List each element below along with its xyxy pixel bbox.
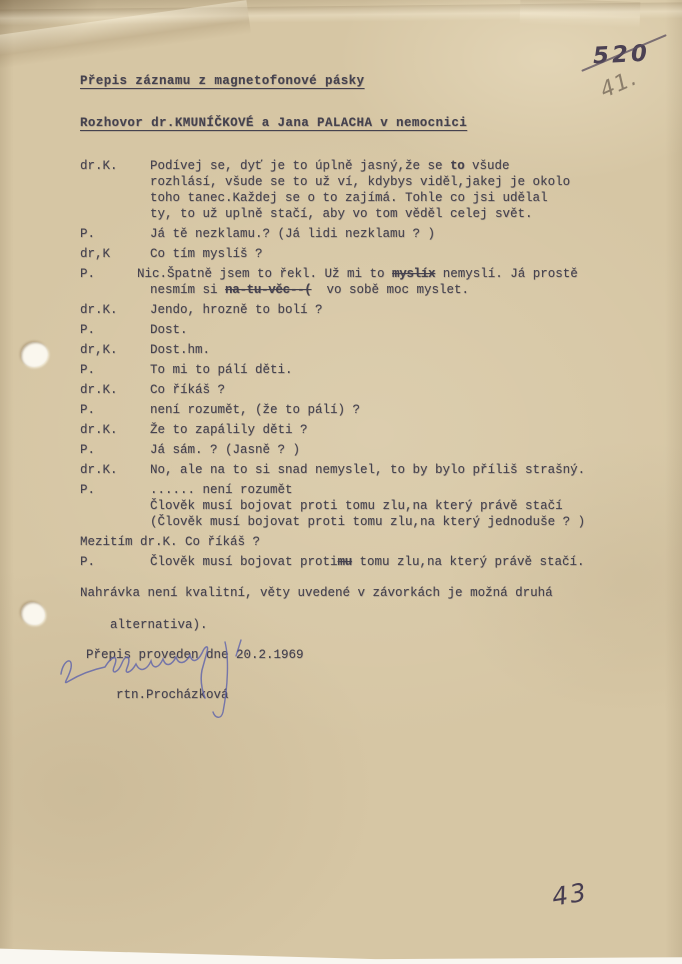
speaker-label: dr,K. bbox=[80, 342, 150, 358]
typed-text: Dost.hm. bbox=[150, 343, 210, 357]
typed-text: Mezitím dr.K. Co říkáš ? bbox=[80, 535, 260, 549]
scanned-typewritten-page: { "document": { "title": "Přepis záznamu… bbox=[0, 0, 682, 964]
typed-text: všude bbox=[464, 159, 509, 173]
dialogue-line: rozhlásí, všude se to už ví, kdybys vidě… bbox=[150, 174, 655, 190]
dialogue-line: Člověk musí bojovat protimu tomu zlu,na … bbox=[150, 554, 655, 570]
dialogue-entry: dr,K.Dost.hm. bbox=[80, 342, 655, 358]
typed-text: nemyslí. Já prostě bbox=[435, 267, 578, 281]
dialogue-line: (Člověk musí bojovat proti tomu zlu,na k… bbox=[150, 514, 655, 530]
dialogue-line: Člověk musí bojovat proti tomu zlu,na kt… bbox=[150, 498, 655, 514]
dialogue-line: Že to zapálily děti ? bbox=[150, 422, 655, 438]
speaker-label: P. bbox=[80, 402, 150, 418]
speaker-label: dr,K bbox=[80, 246, 150, 262]
handwritten-page-number: 43 bbox=[550, 877, 590, 911]
typed-text: toho tanec.Každej se o to zajímá. Tohle … bbox=[150, 191, 548, 205]
speaker-label: P. bbox=[80, 442, 150, 458]
typed-text: ty, to už uplně stačí, aby vo tom věděl … bbox=[150, 207, 533, 221]
footer-block: Přepis proveden dne 20.2.1969 rtn.Prochá… bbox=[86, 645, 304, 725]
speaker-label: P. bbox=[80, 226, 150, 242]
dialogue-entry: P.není rozumět, (že to pálí) ? bbox=[80, 402, 655, 418]
struck-text: mu bbox=[338, 555, 352, 569]
typed-text: Člověk musí bojovat proti bbox=[150, 555, 338, 569]
note-line: alternativa). bbox=[110, 618, 208, 632]
note-block: Nahrávka není kvalitní, věty uvedené v z… bbox=[80, 585, 553, 649]
speaker-label: dr.K. bbox=[80, 302, 150, 318]
dialogue-entry: P.Člověk musí bojovat protimu tomu zlu,n… bbox=[80, 554, 655, 570]
note-line: Nahrávka není kvalitní, věty uvedené v z… bbox=[80, 586, 553, 600]
dialogue-lines: Co říkáš ? bbox=[150, 382, 655, 398]
typed-text: Jendo, hrozně to bolí ? bbox=[150, 303, 323, 317]
typed-text: Co tím myslíš ? bbox=[150, 247, 263, 261]
speaker-label: P. bbox=[80, 362, 150, 378]
dialogue-line: Podívej se, dyť je to úplně jasný,že se … bbox=[150, 158, 655, 174]
typed-text: Já tě nezklamu.? (Já lidi nezklamu ? ) bbox=[150, 227, 435, 241]
dialogue-line: Jendo, hrozně to bolí ? bbox=[150, 302, 655, 318]
typed-text: tomu zlu,na který právě stačí. bbox=[352, 555, 585, 569]
typed-text: (Člověk musí bojovat proti tomu zlu,na k… bbox=[150, 515, 585, 529]
dialogue-line: Nic.Špatně jsem to řekl. Už mi to myslíx… bbox=[150, 266, 655, 282]
speaker-label: dr.K. bbox=[80, 158, 150, 222]
typed-text: Co říkáš ? bbox=[150, 383, 225, 397]
document-subtitle: Rozhovor dr.KMUNÍČKOVÉ a Jana PALACHA v … bbox=[80, 116, 467, 130]
typed-text: Nic.Špatně jsem to řekl. Už mi to bbox=[137, 267, 392, 281]
dialogue-entry: Mezitím dr.K. Co říkáš ? bbox=[80, 534, 655, 550]
dialogue: dr.K.Podívej se, dyť je to úplně jasný,ž… bbox=[80, 158, 655, 574]
dialogue-line: ...... není rozumět bbox=[150, 482, 655, 498]
speaker-label: P. bbox=[80, 554, 150, 570]
speaker-label: dr.K. bbox=[80, 382, 150, 398]
paper-sheet: Přepis záznamu z magnetofonové pásky Roz… bbox=[0, 0, 682, 964]
dialogue-lines: Jendo, hrozně to bolí ? bbox=[150, 302, 655, 318]
transcriber-name: rtn.Procházková bbox=[116, 688, 229, 702]
dialogue-line: Já sám. ? (Jasně ? ) bbox=[150, 442, 655, 458]
dialogue-line: Já tě nezklamu.? (Já lidi nezklamu ? ) bbox=[150, 226, 655, 242]
dialogue-lines: Člověk musí bojovat protimu tomu zlu,na … bbox=[150, 554, 655, 570]
dialogue-line: Mezitím dr.K. Co říkáš ? bbox=[80, 534, 655, 550]
typed-text: vo sobě moc myslet. bbox=[311, 283, 469, 297]
dialogue-entry: dr,KCo tím myslíš ? bbox=[80, 246, 655, 262]
dialogue-entry: dr.K.Podívej se, dyť je to úplně jasný,ž… bbox=[80, 158, 655, 222]
typed-text: rozhlásí, všude se to už ví, kdybys vidě… bbox=[150, 175, 570, 189]
speaker-label: P. bbox=[80, 482, 150, 530]
dialogue-line: No, ale na to si snad nemyslel, to by by… bbox=[150, 462, 655, 478]
paper-crease bbox=[520, 0, 641, 28]
dialogue-lines: Co tím myslíš ? bbox=[150, 246, 655, 262]
speaker-label: dr.K. bbox=[80, 462, 150, 478]
dialogue-entry: P....... není rozumětČlověk musí bojovat… bbox=[80, 482, 655, 530]
handwritten-number-pencil: 41. bbox=[597, 65, 642, 103]
typed-text: Já sám. ? (Jasně ? ) bbox=[150, 443, 300, 457]
speaker-label: dr.K. bbox=[80, 422, 150, 438]
document-title: Přepis záznamu z magnetofonové pásky bbox=[80, 74, 364, 88]
transcript-date-line: Přepis proveden dne 20.2.1969 bbox=[86, 648, 304, 662]
punch-hole bbox=[21, 602, 45, 625]
typed-text: to bbox=[450, 159, 464, 173]
dialogue-entry: P.Nic.Špatně jsem to řekl. Už mi to mysl… bbox=[80, 266, 655, 298]
typed-text: nesmím si bbox=[150, 283, 225, 297]
dialogue-lines: Že to zapálily děti ? bbox=[150, 422, 655, 438]
dialogue-entry: P.Já sám. ? (Jasně ? ) bbox=[80, 442, 655, 458]
dialogue-lines: No, ale na to si snad nemyslel, to by by… bbox=[150, 462, 655, 478]
typed-text: No, ale na to si snad nemyslel, to by by… bbox=[150, 463, 585, 477]
paper-crease bbox=[0, 0, 251, 70]
dialogue-lines: Dost. bbox=[150, 322, 655, 338]
struck-text: myslíx bbox=[392, 267, 435, 281]
dialogue-entry: dr.K.Co říkáš ? bbox=[80, 382, 655, 398]
dialogue-lines: ...... není rozumětČlověk musí bojovat p… bbox=[150, 482, 655, 530]
dialogue-lines: Já sám. ? (Jasně ? ) bbox=[150, 442, 655, 458]
dialogue-line: není rozumět, (že to pálí) ? bbox=[150, 402, 655, 418]
typed-text: Člověk musí bojovat proti tomu zlu,na kt… bbox=[150, 499, 563, 513]
dialogue-entry: dr.K.Že to zapálily děti ? bbox=[80, 422, 655, 438]
typed-text: Dost. bbox=[150, 323, 188, 337]
dialogue-lines: Mezitím dr.K. Co říkáš ? bbox=[80, 534, 655, 550]
dialogue-line: toho tanec.Každej se o to zajímá. Tohle … bbox=[150, 190, 655, 206]
dialogue-entry: P.Dost. bbox=[80, 322, 655, 338]
dialogue-lines: není rozumět, (že to pálí) ? bbox=[150, 402, 655, 418]
dialogue-line: ty, to už uplně stačí, aby vo tom věděl … bbox=[150, 206, 655, 222]
struck-text: na-tu-věc--( bbox=[225, 283, 311, 297]
dialogue-line: nesmím si na-tu-věc--( vo sobě moc mysle… bbox=[150, 282, 655, 298]
typed-text: Podívej se, dyť je to úplně jasný,že se bbox=[150, 159, 450, 173]
typed-text: To mi to pálí děti. bbox=[150, 363, 293, 377]
dialogue-line: Dost.hm. bbox=[150, 342, 655, 358]
dialogue-lines: Podívej se, dyť je to úplně jasný,že se … bbox=[150, 158, 655, 222]
dialogue-line: Dost. bbox=[150, 322, 655, 338]
dialogue-lines: To mi to pálí děti. bbox=[150, 362, 655, 378]
paper-crease bbox=[0, 2, 682, 25]
dialogue-entry: P.Já tě nezklamu.? (Já lidi nezklamu ? ) bbox=[80, 226, 655, 242]
typed-text: není rozumět, (že to pálí) ? bbox=[150, 403, 360, 417]
dialogue-line: Co tím myslíš ? bbox=[150, 246, 655, 262]
typed-text: ...... není rozumět bbox=[150, 483, 293, 497]
dialogue-entry: dr.K.Jendo, hrozně to bolí ? bbox=[80, 302, 655, 318]
speaker-label: P. bbox=[80, 322, 150, 338]
dialogue-lines: Nic.Špatně jsem to řekl. Už mi to myslíx… bbox=[150, 266, 655, 298]
typed-text: Že to zapálily děti ? bbox=[150, 423, 308, 437]
dialogue-entry: P.To mi to pálí děti. bbox=[80, 362, 655, 378]
dialogue-line: Co říkáš ? bbox=[150, 382, 655, 398]
punch-hole bbox=[21, 342, 48, 367]
dialogue-lines: Dost.hm. bbox=[150, 342, 655, 358]
dialogue-lines: Já tě nezklamu.? (Já lidi nezklamu ? ) bbox=[150, 226, 655, 242]
dialogue-line: To mi to pálí děti. bbox=[150, 362, 655, 378]
dialogue-entry: dr.K.No, ale na to si snad nemyslel, to … bbox=[80, 462, 655, 478]
